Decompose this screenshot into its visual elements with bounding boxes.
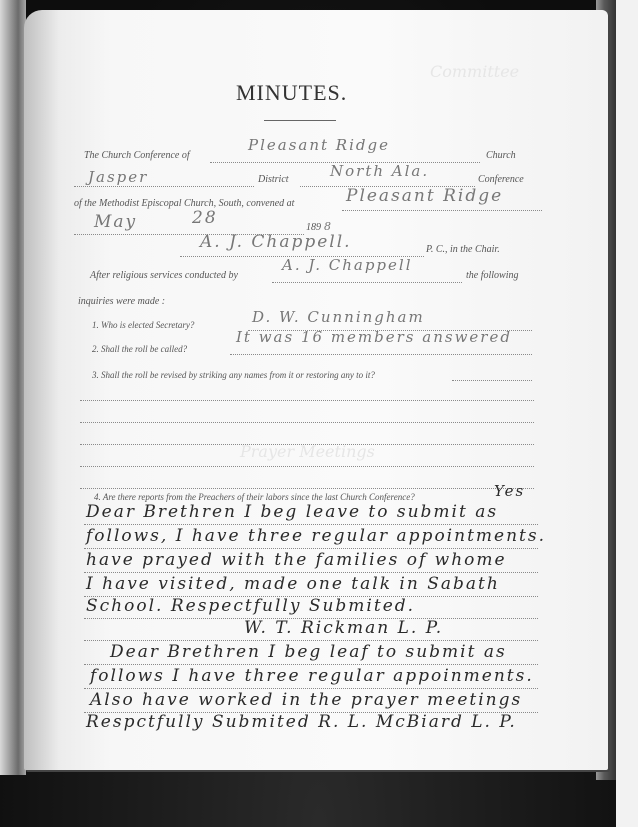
church-name: Pleasant Ridge — [248, 136, 390, 154]
day: 28 — [192, 208, 218, 228]
report-rule — [84, 548, 538, 549]
month: May — [94, 212, 137, 232]
report-1-line: have prayed with the families of whome — [86, 550, 507, 570]
field-rule — [452, 380, 532, 381]
conference-name: North Ala. — [330, 162, 429, 180]
report-1-line: Dear Brethren I beg leave to submit as — [86, 502, 498, 522]
report-1-line: follows, I have three regular appointmen… — [86, 526, 546, 546]
bleed-through-text: Committee — [430, 62, 519, 81]
presiding-chair-name: A. J. Chappell. — [200, 232, 352, 252]
label-convened-at: of the Methodist Episcopal Church, South… — [74, 198, 294, 209]
label-inquiries: inquiries were made : — [78, 296, 165, 307]
convened-at-place: Pleasant Ridge — [346, 186, 503, 206]
roll-call-answer: It was 16 members answered — [236, 328, 512, 346]
question-1: 1. Who is elected Secretary? — [92, 320, 194, 330]
secretary-name: D. W. Cunningham — [252, 308, 425, 326]
blank-rule — [80, 444, 534, 445]
label-church: Church — [486, 150, 516, 161]
field-rule — [272, 282, 462, 283]
title-divider — [264, 120, 336, 121]
report-2-line: Dear Brethren I beg leaf to submit as — [110, 642, 507, 662]
label-pc-in-chair: P. C., in the Chair. — [426, 244, 500, 255]
report-rule — [84, 640, 538, 641]
label-after-services: After religious services conducted by — [90, 270, 238, 281]
report-rule — [84, 572, 538, 573]
blank-rule — [80, 488, 534, 489]
label-district: District — [258, 174, 289, 185]
label-the-following: the following — [466, 270, 519, 281]
question-4: 4. Are there reports from the Preachers … — [94, 492, 415, 502]
services-conducted-by: A. J. Chappell — [282, 256, 413, 274]
blank-rule — [80, 422, 534, 423]
report-rule — [84, 664, 538, 665]
q4-answer: Yes — [494, 482, 525, 500]
district-name: Jasper — [88, 168, 148, 186]
field-rule — [230, 354, 532, 355]
blank-rule — [80, 400, 534, 401]
question-3: 3. Shall the roll be revised by striking… — [92, 370, 375, 380]
report-1-line: School. Respectfully Submited. — [86, 596, 415, 616]
scanner-margin — [616, 0, 638, 827]
report-rule — [84, 524, 538, 525]
field-rule — [342, 210, 542, 211]
facing-page-edge — [0, 0, 26, 775]
blank-rule — [80, 466, 534, 467]
report-2-line: Also have worked in the prayer meetings — [90, 690, 522, 710]
label-church-conference-of: The Church Conference of — [84, 150, 190, 161]
report-1-line: I have visited, made one talk in Sabath — [86, 574, 500, 594]
report-2-line: Respctfully Submited R. L. McBiard L. P. — [86, 712, 517, 732]
question-2: 2. Shall the roll be called? — [92, 344, 187, 354]
page-title: MINUTES. — [236, 80, 347, 106]
report-1-signature: W. T. Rickman L. P. — [244, 618, 443, 638]
report-2-line: follows I have three regular appoinments… — [90, 666, 534, 686]
label-conference: Conference — [478, 174, 524, 185]
field-rule — [74, 186, 254, 187]
report-rule — [84, 688, 538, 689]
